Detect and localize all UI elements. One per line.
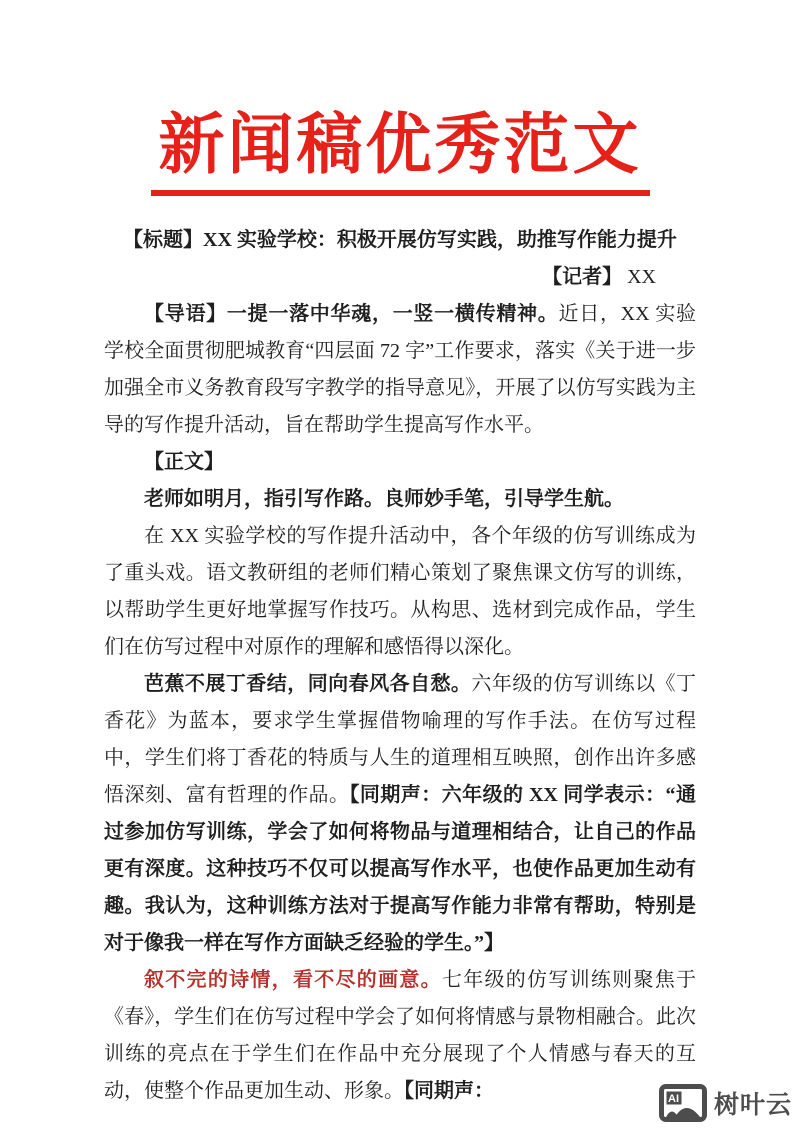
- text-run: 芭蕉不展丁香结，同向春风各自愁。: [144, 673, 471, 695]
- paragraph: 芭蕉不展丁香结，同向春风各自愁。六年级的仿写训练以《丁香花》为蓝本，要求学生掌握…: [104, 666, 696, 962]
- document-body: 【标题】XX 实验学校：积极开展仿写实践，助推写作能力提升【记者】 XX【导语】…: [104, 222, 696, 1110]
- text-run: XX: [622, 266, 656, 288]
- text-run: 在 XX 实验学校的写作提升活动中，各个年级的仿写训练成为了重头戏。语文教研组的…: [104, 525, 696, 658]
- ai-image-icon: AI: [659, 1084, 707, 1122]
- page-title: 新闻稿优秀范文: [151, 110, 650, 196]
- ai-icon-label: AI: [668, 1093, 679, 1105]
- text-run: 【同期声：六年级的 XX 同学表示：“通过参加仿写训练，学会了如何将物品与道理相…: [104, 784, 696, 954]
- text-run: 叙不完的诗情，看不尽的画意。: [144, 969, 442, 991]
- paragraph: 【导语】一提一落中华魂，一竖一横传精神。近日，XX 实验学校全面贯彻肥城教育“四…: [104, 296, 696, 444]
- document-page: 新闻稿优秀范文 【标题】XX 实验学校：积极开展仿写实践，助推写作能力提升【记者…: [0, 0, 800, 1131]
- text-run: 【同期声：: [404, 1080, 494, 1102]
- paragraph: 老师如明月，指引写作路。良师妙手笔，引导学生航。: [104, 481, 696, 518]
- watermark-brand-text: 树叶云: [714, 1085, 792, 1121]
- paragraph: 【标题】XX 实验学校：积极开展仿写实践，助推写作能力提升: [104, 222, 696, 259]
- text-run: 【标题】XX 实验学校：积极开展仿写实践，助推写作能力提升: [123, 229, 677, 251]
- text-run: 老师如明月，指引写作路。良师妙手笔，引导学生航。: [144, 488, 624, 510]
- paragraph: 【正文】: [104, 444, 696, 481]
- watermark: AI 树叶云: [659, 1084, 792, 1122]
- text-run: 【导语】一提一落中华魂，一竖一横传精神。: [144, 303, 559, 325]
- paragraph: 叙不完的诗情，看不尽的画意。七年级的仿写训练则聚焦于《春》，学生们在仿写过程中学…: [104, 962, 696, 1110]
- paragraph: 【记者】 XX: [104, 259, 696, 296]
- text-run: 【正文】: [144, 451, 224, 473]
- paragraph: 在 XX 实验学校的写作提升活动中，各个年级的仿写训练成为了重头戏。语文教研组的…: [104, 518, 696, 666]
- text-run: 【记者】: [542, 266, 622, 288]
- title-block: 新闻稿优秀范文: [0, 0, 800, 196]
